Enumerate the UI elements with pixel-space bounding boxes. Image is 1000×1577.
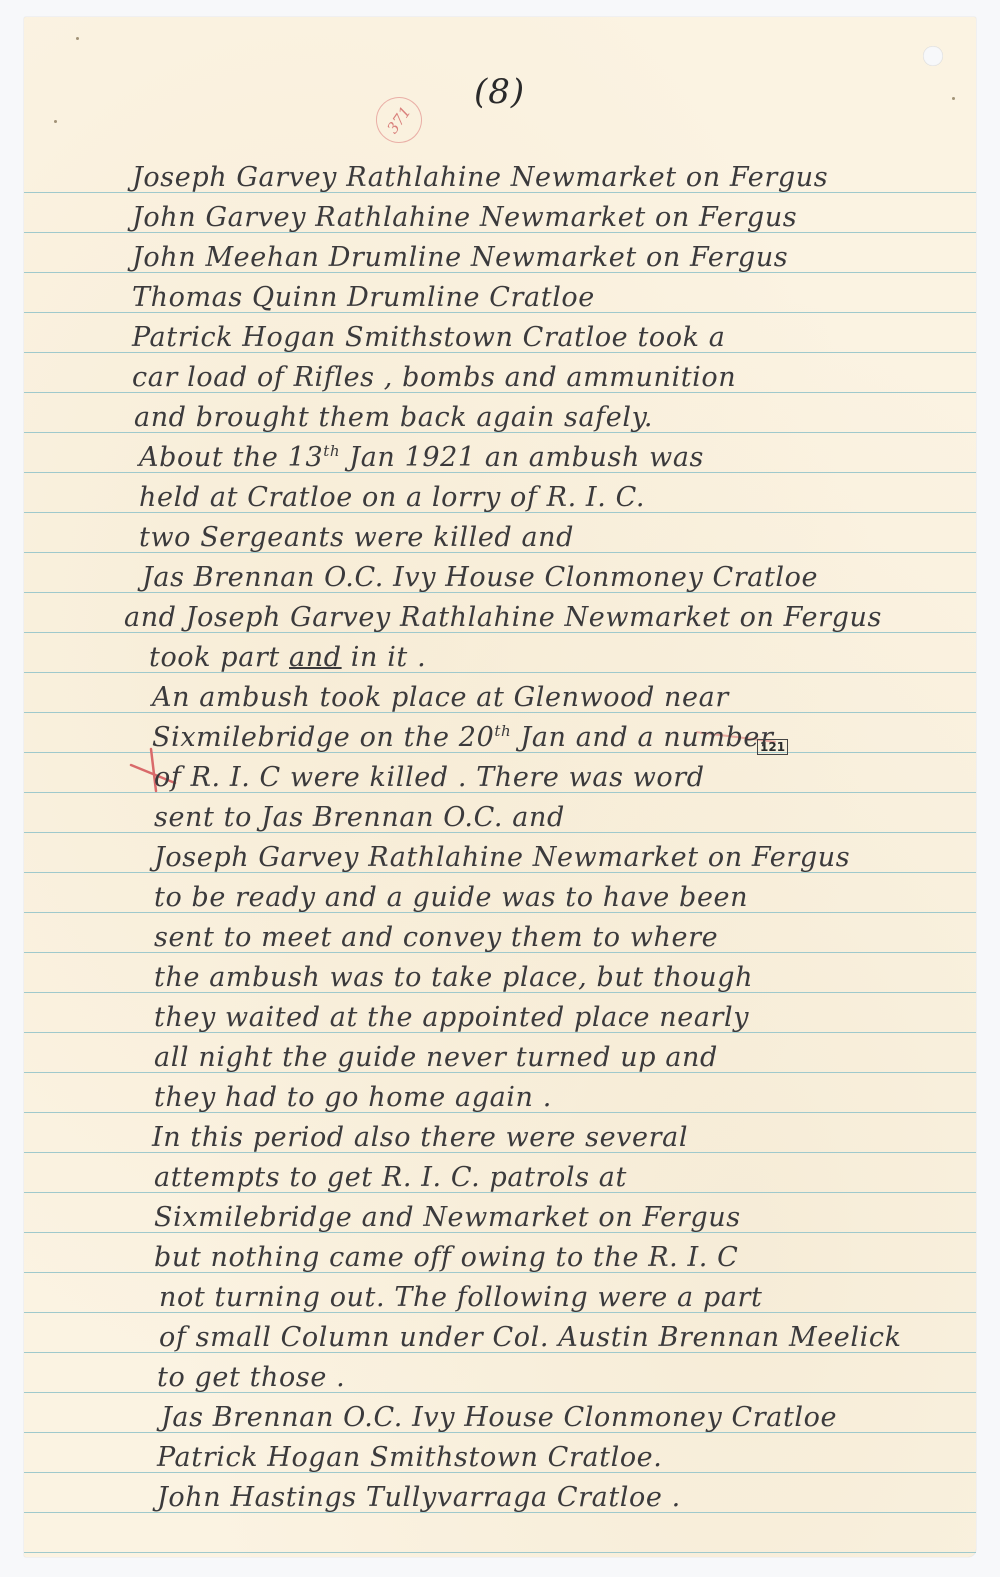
line-text: John Garvey Rathlahine Newmarket on Ferg…	[132, 202, 797, 233]
line-text: Patrick Hogan Smithstown Cratloe.	[157, 1442, 662, 1473]
paper-speck	[76, 37, 79, 40]
line-text: Jan 1921 an ambush was	[340, 442, 704, 473]
line-text: held at Cratloe on a lorry of R. I. C.	[139, 482, 645, 513]
line-text: they had to go home again .	[154, 1082, 552, 1113]
handwritten-line: About the 13th Jan 1921 an ambush was	[139, 443, 704, 473]
handwritten-line: Sixmilebridge and Newmarket on Fergus	[154, 1203, 741, 1233]
page-number: (8)	[474, 72, 525, 112]
handwritten-line: held at Cratloe on a lorry of R. I. C.	[139, 483, 645, 513]
line-text: sent to Jas Brennan O.C. and	[154, 802, 565, 833]
line-text: took part	[149, 642, 289, 673]
line-text: In this period also there were several	[152, 1122, 688, 1153]
handwritten-line: attempts to get R. I. C. patrols at	[154, 1163, 627, 1193]
punch-hole	[923, 46, 943, 66]
line-text: of small Column under Col. Austin Brenna…	[159, 1322, 902, 1353]
handwritten-line: the ambush was to take place, but though	[154, 963, 753, 993]
line-text: but nothing came off owing to the R. I. …	[154, 1242, 738, 1273]
handwritten-line: John Hastings Tullyvarraga Cratloe .	[157, 1483, 681, 1513]
handwritten-line: not turning out. The following were a pa…	[159, 1283, 762, 1313]
handwritten-line: Jas Brennan O.C. Ivy House Clonmoney Cra…	[161, 1403, 837, 1433]
line-text: two Sergeants were killed and	[139, 522, 574, 553]
line-text: to get those .	[157, 1362, 345, 1393]
line-text: An ambush took place at Glenwood near	[152, 682, 729, 713]
line-text: Sixmilebridge and Newmarket on Fergus	[154, 1202, 741, 1233]
handwritten-line: to be ready and a guide was to have been	[154, 883, 748, 913]
handwritten-line: car load of Rifles , bombs and ammunitio…	[132, 363, 736, 393]
line-text: Thomas Quinn Drumline Cratloe	[132, 282, 595, 313]
ordinal-superscript: th	[323, 442, 340, 460]
line-text: they waited at the appointed place nearl…	[154, 1002, 749, 1033]
line-text: of R. I. C were killed . There was word	[154, 762, 705, 793]
handwritten-line: sent to Jas Brennan O.C. and	[154, 803, 565, 833]
struck-word: and	[289, 642, 342, 673]
line-text: sent to meet and convey them to where	[154, 922, 718, 953]
line-text: Jas Brennan O.C. Ivy House Clonmoney Cra…	[161, 1402, 837, 1433]
handwritten-line: Patrick Hogan Smithstown Cratloe took a	[132, 323, 725, 353]
line-text: in it .	[342, 642, 427, 673]
line-text: attempts to get R. I. C. patrols at	[154, 1162, 627, 1193]
line-text: Joseph Garvey Rathlahine Newmarket on Fe…	[154, 842, 850, 873]
handwritten-line: all night the guide never turned up and	[154, 1043, 718, 1073]
handwritten-line: of R. I. C were killed . There was word	[154, 763, 705, 793]
line-text: the ambush was to take place, but though	[154, 962, 753, 993]
line-text: Joseph Garvey Rathlahine Newmarket on Fe…	[132, 162, 828, 193]
document-page: (8) 371 121 Joseph Garvey Rathlahine New…	[24, 17, 976, 1557]
line-text: Patrick Hogan Smithstown Cratloe took a	[132, 322, 725, 353]
handwritten-line: they had to go home again .	[154, 1083, 552, 1113]
handwritten-line: Thomas Quinn Drumline Cratloe	[132, 283, 595, 313]
line-text: car load of Rifles , bombs and ammunitio…	[132, 362, 736, 393]
handwritten-line: they waited at the appointed place nearl…	[154, 1003, 749, 1033]
line-text: and Joseph Garvey Rathlahine Newmarket o…	[124, 602, 882, 633]
handwritten-line: Patrick Hogan Smithstown Cratloe.	[157, 1443, 662, 1473]
handwritten-line: In this period also there were several	[152, 1123, 688, 1153]
line-text: not turning out. The following were a pa…	[159, 1282, 762, 1313]
handwritten-line: John Meehan Drumline Newmarket on Fergus	[132, 243, 788, 273]
line-text: John Meehan Drumline Newmarket on Fergus	[132, 242, 788, 273]
handwritten-line: to get those .	[157, 1363, 345, 1393]
handwritten-line: Sixmilebridge on the 20th Jan and a numb…	[152, 723, 774, 753]
ruled-line	[24, 1552, 976, 1553]
handwritten-line: and Joseph Garvey Rathlahine Newmarket o…	[124, 603, 882, 633]
paper-speck	[952, 97, 955, 100]
handwritten-line: Jas Brennan O.C. Ivy House Clonmoney Cra…	[142, 563, 818, 593]
line-text: Jas Brennan O.C. Ivy House Clonmoney Cra…	[142, 562, 818, 593]
handwritten-line: took part and in it .	[149, 643, 426, 673]
handwritten-line: Joseph Garvey Rathlahine Newmarket on Fe…	[154, 843, 850, 873]
handwritten-line: An ambush took place at Glenwood near	[152, 683, 729, 713]
line-text: all night the guide never turned up and	[154, 1042, 718, 1073]
handwritten-line: but nothing came off owing to the R. I. …	[154, 1243, 738, 1273]
line-text: to be ready and a guide was to have been	[154, 882, 748, 913]
handwritten-line: two Sergeants were killed and	[139, 523, 574, 553]
handwritten-line: of small Column under Col. Austin Brenna…	[159, 1323, 902, 1353]
paper-speck	[54, 120, 57, 123]
handwritten-line: and brought them back again safely.	[134, 403, 653, 433]
line-text: Sixmilebridge on the 20	[152, 722, 494, 753]
handwritten-line: sent to meet and convey them to where	[154, 923, 718, 953]
handwritten-line: Joseph Garvey Rathlahine Newmarket on Fe…	[132, 163, 828, 193]
handwritten-line: John Garvey Rathlahine Newmarket on Ferg…	[132, 203, 797, 233]
line-text: About the 13	[139, 442, 323, 473]
line-text: and brought them back again safely.	[134, 402, 653, 433]
line-text: John Hastings Tullyvarraga Cratloe .	[157, 1482, 681, 1513]
archive-stamp: 371	[367, 88, 431, 152]
ordinal-superscript: th	[494, 722, 511, 740]
line-text: Jan and a number	[511, 722, 773, 753]
